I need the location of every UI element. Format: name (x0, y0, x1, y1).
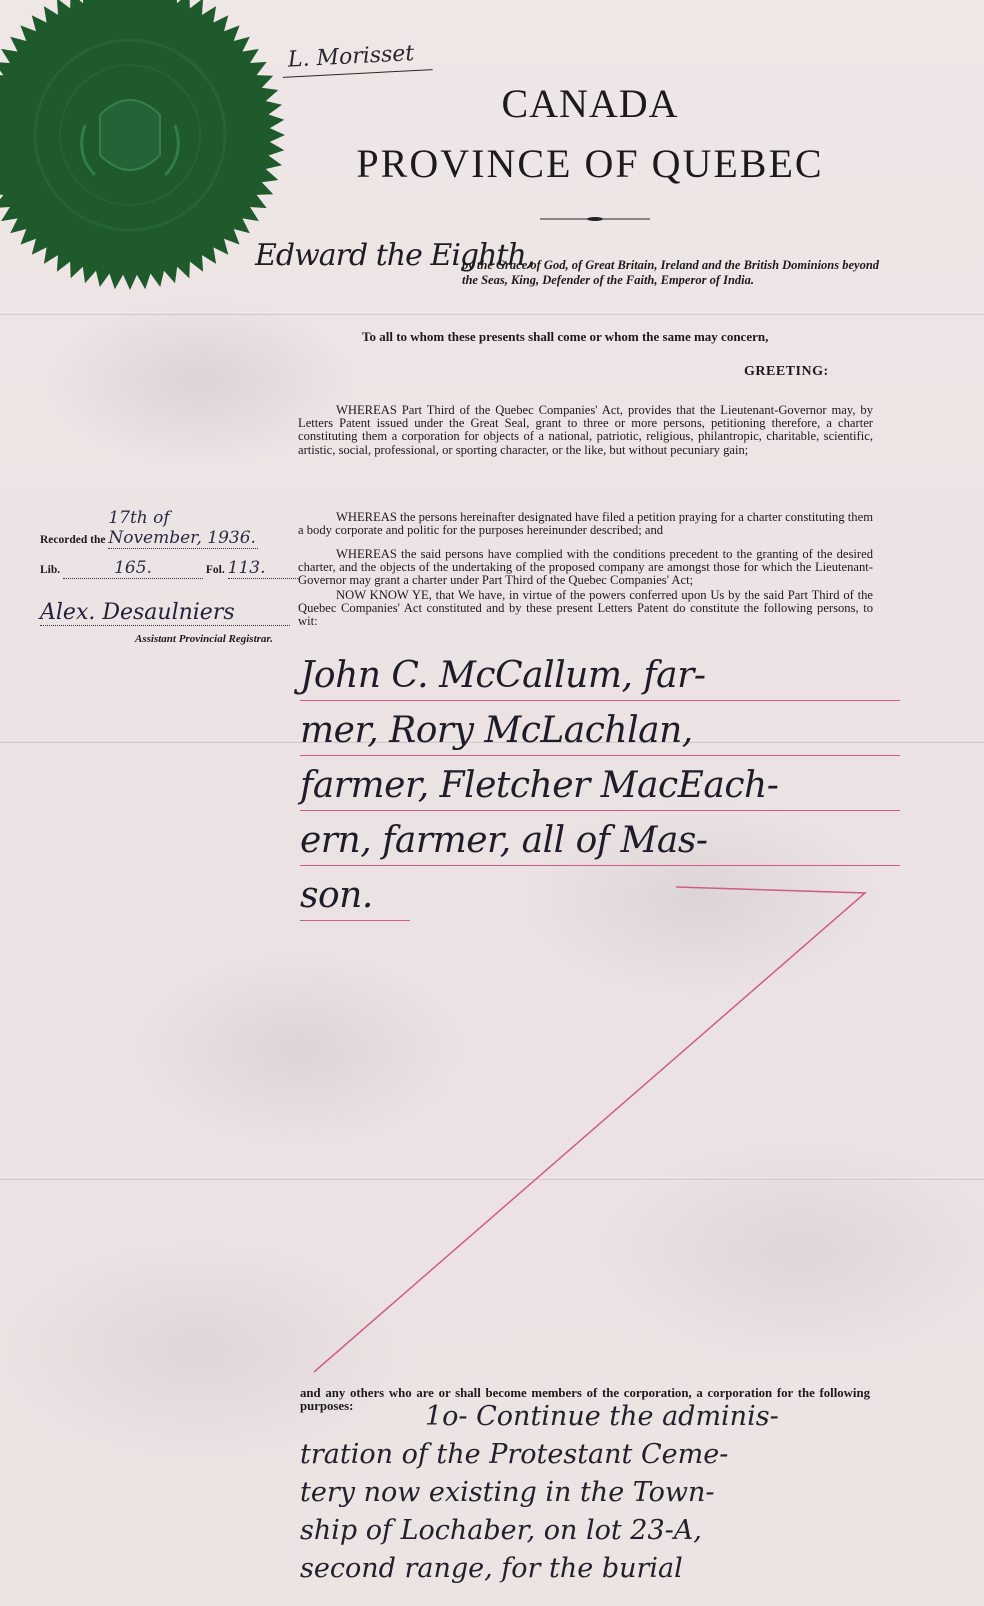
purpose-line: second range, for the burial (300, 1550, 900, 1588)
fold-line (0, 1177, 984, 1180)
lib-value: 165. (114, 558, 152, 578)
persons-list: John C. McCallum, far- mer, Rory McLachl… (300, 652, 900, 927)
fol-value-line: 113. (228, 558, 298, 579)
lib-fol-field: Lib. 165. Fol. 113. (40, 558, 298, 579)
fol-value: 113. (228, 558, 266, 578)
whereas-paragraph-3: WHEREAS the said persons have complied w… (298, 548, 873, 588)
purpose-line: ship of Lochaber, on lot 23-A, (300, 1512, 900, 1550)
purpose-line: tration of the Protestant Ceme- (300, 1436, 900, 1474)
address-line: To all to whom these presents shall come… (362, 329, 768, 345)
fold-line (0, 312, 984, 315)
person-line: son. (300, 872, 410, 921)
registrar-signature: Alex. Desaulniers (40, 600, 290, 626)
king-title: by the Grace of God, of Great Britain, I… (462, 258, 882, 288)
purposes-handwritten: 1o- Continue the adminis- tration of the… (300, 1398, 900, 1588)
now-know-ye-paragraph: NOW KNOW YE, that We have, in virtue of … (298, 589, 873, 629)
registrar-label: Assistant Provincial Registrar. (135, 633, 273, 645)
paragraph-text: WHEREAS the persons hereinafter designat… (298, 511, 873, 537)
recorded-field: Recorded the 17th of November, 1936. (40, 508, 258, 549)
person-line: John C. McCallum, far- (300, 652, 900, 701)
lib-value-line: 165. (63, 558, 203, 579)
ornament-divider (540, 216, 650, 222)
greeting: GREETING: (744, 364, 829, 380)
recorded-value-line: 17th of November, 1936. (108, 508, 258, 549)
recorded-value: 17th of November, 1936. (108, 508, 256, 548)
lib-label: Lib. (40, 564, 60, 576)
province-title: PROVINCE OF QUEBEC (0, 140, 984, 187)
person-line: ern, farmer, all of Mas- (300, 817, 900, 866)
paragraph-text: WHEREAS Part Third of the Quebec Compani… (298, 404, 873, 457)
person-line: farmer, Fletcher MacEach- (300, 762, 900, 811)
purpose-line: tery now existing in the Town- (300, 1474, 900, 1512)
person-line: mer, Rory McLachlan, (300, 707, 900, 756)
whereas-paragraph-1: WHEREAS Part Third of the Quebec Compani… (298, 404, 873, 457)
paragraph-text: NOW KNOW YE, that We have, in virtue of … (298, 589, 873, 629)
fol-label: Fol. (206, 564, 225, 576)
country-title: CANADA (0, 80, 984, 127)
paragraph-text: WHEREAS the said persons have complied w… (298, 548, 873, 588)
whereas-paragraph-2: WHEREAS the persons hereinafter designat… (298, 511, 873, 537)
purpose-line: 1o- Continue the adminis- (300, 1398, 900, 1436)
recorded-label: Recorded the (40, 534, 105, 546)
